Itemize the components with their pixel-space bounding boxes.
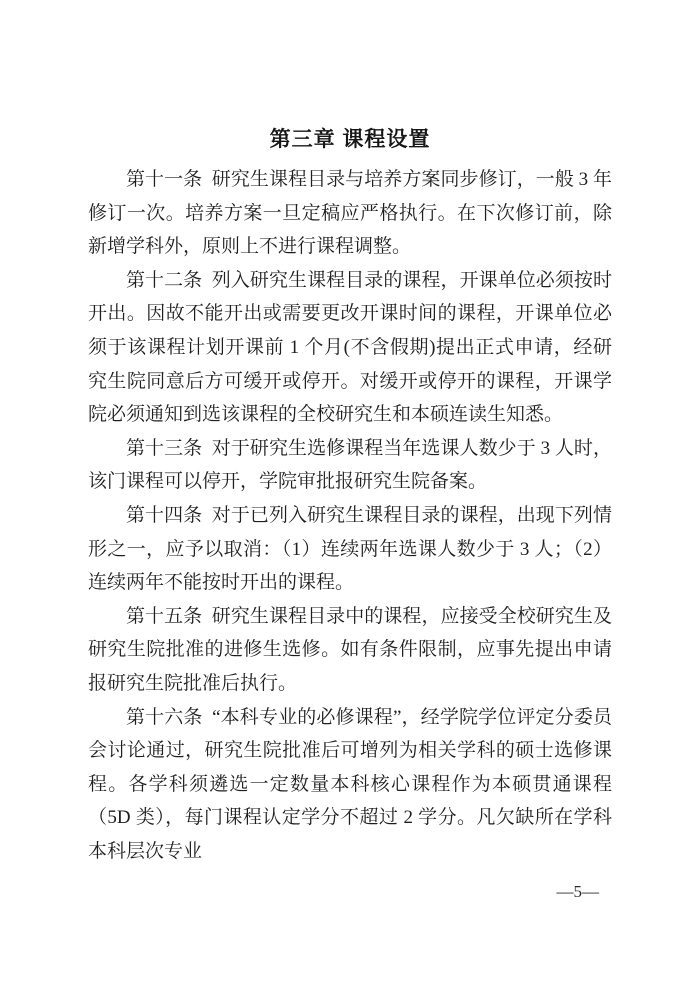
chapter-title: 第三章 课程设置 — [88, 126, 612, 154]
page-number: —5— — [557, 882, 600, 902]
article-paragraph-11: 第十一条 研究生课程目录与培养方案同步修订，一般 3 年修订一次。培养方案一旦定… — [88, 163, 612, 264]
article-paragraph-12: 第十二条 列入研究生课程目录的课程，开课单位必须按时开出。因故不能开出或需要更改… — [88, 264, 612, 432]
article-paragraph-16: 第十六条 “本科专业的必修课程”，经学院学位评定分委员会讨论通过，研究生院批准后… — [88, 701, 612, 869]
document-page: 第三章 课程设置 第十一条 研究生课程目录与培养方案同步修订，一般 3 年修订一… — [0, 0, 699, 989]
article-paragraph-13: 第十三条 对于研究生选修课程当年选课人数少于 3 人时，该门课程可以停开，学院审… — [88, 432, 612, 499]
document-body: 第十一条 研究生课程目录与培养方案同步修订，一般 3 年修订一次。培养方案一旦定… — [88, 163, 612, 868]
article-paragraph-14: 第十四条 对于已列入研究生课程目录的课程，出现下列情形之一，应予以取消：（1）连… — [88, 499, 612, 600]
article-paragraph-15: 第十五条 研究生课程目录中的课程，应接受全校研究生及研究生院批准的进修生选修。如… — [88, 600, 612, 701]
